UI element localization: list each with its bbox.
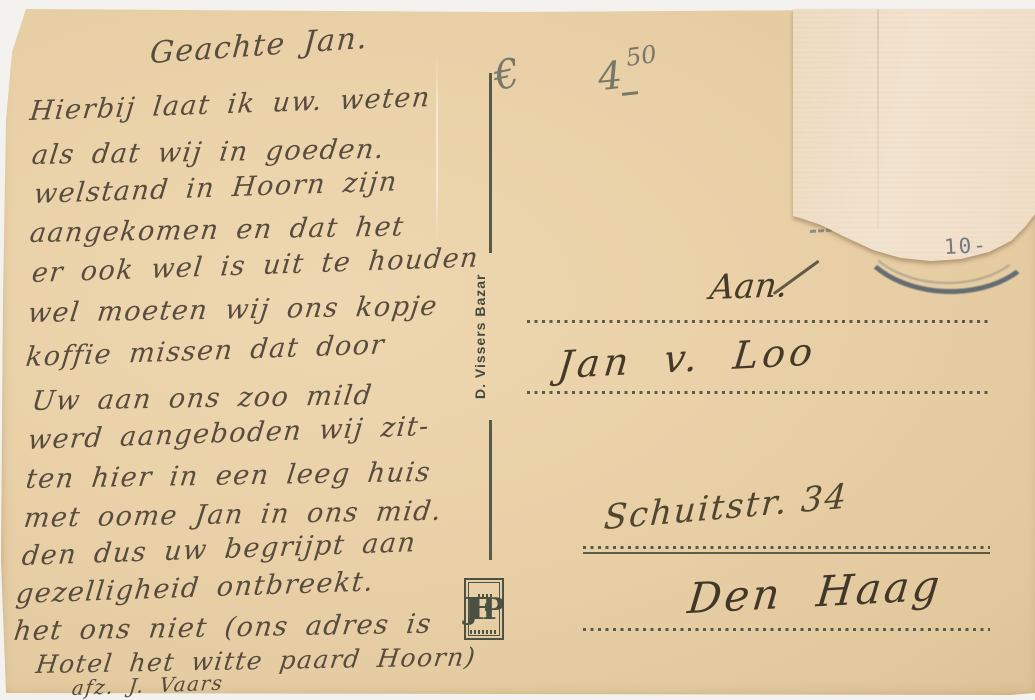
torn-paper-layer (793, 9, 1035, 261)
torn-stamp-area (793, 9, 1035, 261)
divider-line-top (489, 73, 492, 253)
message-sender: afz. J. Vaars (71, 671, 225, 700)
message-line: als dat wij in goeden. (30, 134, 387, 171)
address-dotted-line (583, 628, 990, 631)
divider-line-bottom (489, 420, 492, 560)
price-units: 4 (596, 53, 625, 99)
postcard-scan: { "postcard": { "message": { "salutation… (0, 0, 1035, 700)
crease-line (877, 9, 879, 229)
publisher-monogram-icon: JFP (464, 578, 504, 640)
address-to-label: Aan. (708, 265, 790, 308)
address-dotted-line (583, 546, 990, 549)
address-dotted-line (527, 320, 990, 323)
monogram-frame: JFP (468, 582, 500, 636)
monogram-detail (478, 594, 494, 597)
crease-line (436, 55, 438, 240)
message-line: Uw aan ons zoo mild (30, 380, 374, 417)
message-line: aangekomen en dat het (28, 211, 406, 249)
address-street-underline (583, 552, 990, 554)
monogram-detail (470, 630, 498, 634)
postmark-text: 10- (943, 233, 988, 259)
price-cents: 50 (624, 40, 658, 72)
address-dotted-line (527, 391, 990, 394)
publisher-imprint: D. Vissers Bazar (472, 254, 500, 418)
